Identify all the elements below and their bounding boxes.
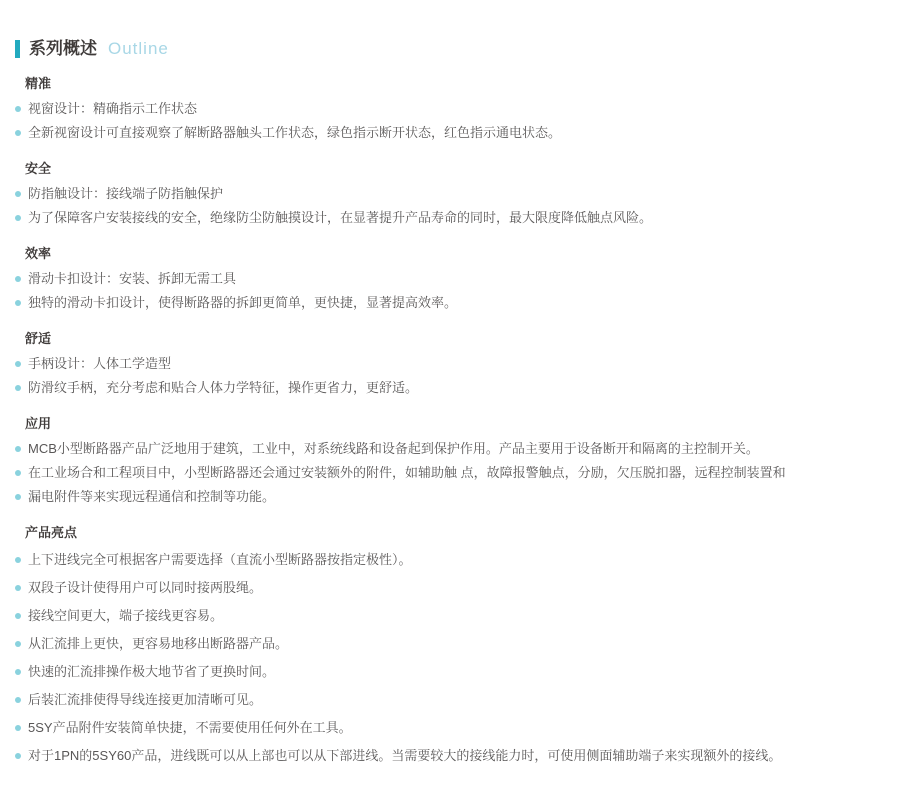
outline-content: 精准视窗设计：精确指示工作状态全新视窗设计可直接观察了解断路器触头工作状态，绿色… — [0, 60, 900, 800]
bullet-dot-icon — [15, 300, 21, 306]
bullet-list: 上下进线完全可根据客户需要选择（直流小型断路器按指定极性）。双段子设计使得用户可… — [0, 546, 900, 770]
bullet-text: 手柄设计：人体工学造型 — [28, 356, 171, 371]
bullet-dot-icon — [15, 276, 21, 282]
bullet-dot-icon — [15, 191, 21, 197]
bullet-item: 漏电附件等来实现远程通信和控制等功能。 — [0, 485, 900, 509]
bullet-list: 防指触设计：接线端子防指触保护为了保障客户安装接线的安全，绝缘防尘防触摸设计，在… — [0, 182, 900, 230]
bullet-item: 为了保障客户安装接线的安全，绝缘防尘防触摸设计，在显著提升产品寿命的同时，最大限… — [0, 206, 900, 230]
bullet-dot-icon — [15, 494, 21, 500]
section-heading: 安全 — [0, 145, 900, 182]
bullet-item: 独特的滑动卡扣设计，使得断路器的拆卸更简单，更快捷，显著提高效率。 — [0, 291, 900, 315]
bullet-dot-icon — [15, 753, 21, 759]
bullet-item: 双段子设计使得用户可以同时接两股绳。 — [0, 574, 900, 602]
bullet-dot-icon — [15, 215, 21, 221]
bullet-text: 对于1PN的5SY60产品，进线既可以从上部也可以从下部进线。当需要较大的接线能… — [28, 748, 781, 763]
bullet-item: 全新视窗设计可直接观察了解断路器触头工作状态，绿色指示断开状态，红色指示通电状态… — [0, 121, 900, 145]
section-5: 应用MCB小型断路器产品广泛地用于建筑，工业中，对系统线路和设备起到保护作用。产… — [0, 400, 900, 509]
bullet-item: MCB小型断路器产品广泛地用于建筑，工业中，对系统线路和设备起到保护作用。产品主… — [0, 437, 900, 461]
page-title: 系列概述 — [29, 38, 97, 60]
bullet-text: 为了保障客户安装接线的安全，绝缘防尘防触摸设计，在显著提升产品寿命的同时，最大限… — [28, 210, 652, 225]
bullet-dot-icon — [15, 669, 21, 675]
bullet-dot-icon — [15, 130, 21, 136]
bullet-item: 后装汇流排使得导线连接更加清晰可见。 — [0, 686, 900, 714]
section-4: 舒适手柄设计：人体工学造型防滑纹手柄，充分考虑和贴合人体力学特征，操作更省力，更… — [0, 315, 900, 400]
section-1: 精准视窗设计：精确指示工作状态全新视窗设计可直接观察了解断路器触头工作状态，绿色… — [0, 60, 900, 145]
bullet-text: 接线空间更大，端子接线更容易。 — [28, 608, 223, 623]
bullet-dot-icon — [15, 106, 21, 112]
bullet-item: 手柄设计：人体工学造型 — [0, 352, 900, 376]
section-heading: 精准 — [0, 60, 900, 97]
bullet-dot-icon — [15, 725, 21, 731]
bullet-text: 独特的滑动卡扣设计，使得断路器的拆卸更简单，更快捷，显著提高效率。 — [28, 295, 457, 310]
page-header: 系列概述 Outline — [0, 38, 900, 60]
bullet-text: 后装汇流排使得导线连接更加清晰可见。 — [28, 692, 262, 707]
bullet-dot-icon — [15, 470, 21, 476]
section-2: 安全防指触设计：接线端子防指触保护为了保障客户安装接线的安全，绝缘防尘防触摸设计… — [0, 145, 900, 230]
bullet-item: 5SY产品附件安装简单快捷，不需要使用任何外在工具。 — [0, 714, 900, 742]
bullet-text: MCB小型断路器产品广泛地用于建筑，工业中，对系统线路和设备起到保护作用。产品主… — [28, 441, 759, 456]
bullet-item: 上下进线完全可根据客户需要选择（直流小型断路器按指定极性）。 — [0, 546, 900, 574]
bullet-text: 漏电附件等来实现远程通信和控制等功能。 — [28, 489, 275, 504]
bullet-list: 视窗设计：精确指示工作状态全新视窗设计可直接观察了解断路器触头工作状态，绿色指示… — [0, 97, 900, 145]
bullet-list: 手柄设计：人体工学造型防滑纹手柄，充分考虑和贴合人体力学特征，操作更省力，更舒适… — [0, 352, 900, 400]
section-3: 效率滑动卡扣设计：安装、拆卸无需工具独特的滑动卡扣设计，使得断路器的拆卸更简单，… — [0, 230, 900, 315]
bullet-text: 滑动卡扣设计：安装、拆卸无需工具 — [28, 271, 236, 286]
bullet-item: 在工业场合和工程项目中，小型断路器还会通过安装额外的附件，如辅助触 点，故障报警… — [0, 461, 900, 485]
bullet-text: 双段子设计使得用户可以同时接两股绳。 — [28, 580, 262, 595]
bullet-item: 防指触设计：接线端子防指触保护 — [0, 182, 900, 206]
section-heading: 舒适 — [0, 315, 900, 352]
bullet-dot-icon — [15, 385, 21, 391]
bullet-text: 在工业场合和工程项目中，小型断路器还会通过安装额外的附件，如辅助触 点，故障报警… — [28, 465, 786, 480]
bullet-item: 从汇流排上更快，更容易地移出断路器产品。 — [0, 630, 900, 658]
bullet-dot-icon — [15, 697, 21, 703]
bullet-item: 接线空间更大，端子接线更容易。 — [0, 602, 900, 630]
bullet-dot-icon — [15, 361, 21, 367]
bullet-text: 全新视窗设计可直接观察了解断路器触头工作状态，绿色指示断开状态，红色指示通电状态… — [28, 125, 561, 140]
bullet-text: 防指触设计：接线端子防指触保护 — [28, 186, 223, 201]
bullet-item: 快速的汇流排操作极大地节省了更换时间。 — [0, 658, 900, 686]
section-heading: 效率 — [0, 230, 900, 267]
bullet-list: 滑动卡扣设计：安装、拆卸无需工具独特的滑动卡扣设计，使得断路器的拆卸更简单，更快… — [0, 267, 900, 315]
bullet-text: 防滑纹手柄，充分考虑和贴合人体力学特征，操作更省力，更舒适。 — [28, 380, 418, 395]
bullet-dot-icon — [15, 641, 21, 647]
bullet-dot-icon — [15, 446, 21, 452]
accent-bar-icon — [15, 40, 20, 58]
bullet-list: MCB小型断路器产品广泛地用于建筑，工业中，对系统线路和设备起到保护作用。产品主… — [0, 437, 900, 509]
bullet-dot-icon — [15, 613, 21, 619]
bullet-dot-icon — [15, 585, 21, 591]
bullet-dot-icon — [15, 557, 21, 563]
bullet-item: 防滑纹手柄，充分考虑和贴合人体力学特征，操作更省力，更舒适。 — [0, 376, 900, 400]
section-heading: 产品亮点 — [0, 509, 900, 546]
bullet-text: 上下进线完全可根据客户需要选择（直流小型断路器按指定极性）。 — [28, 552, 412, 567]
bullet-text: 从汇流排上更快，更容易地移出断路器产品。 — [28, 636, 288, 651]
section-6: 产品亮点上下进线完全可根据客户需要选择（直流小型断路器按指定极性）。双段子设计使… — [0, 509, 900, 770]
bullet-item: 视窗设计：精确指示工作状态 — [0, 97, 900, 121]
section-heading: 应用 — [0, 400, 900, 437]
page-subtitle: Outline — [108, 38, 169, 60]
outline-page: 系列概述 Outline 精准视窗设计：精确指示工作状态全新视窗设计可直接观察了… — [0, 0, 900, 800]
bullet-item: 对于1PN的5SY60产品，进线既可以从上部也可以从下部进线。当需要较大的接线能… — [0, 742, 900, 770]
bullet-text: 视窗设计：精确指示工作状态 — [28, 101, 197, 116]
bullet-text: 5SY产品附件安装简单快捷，不需要使用任何外在工具。 — [28, 720, 352, 735]
bullet-text: 快速的汇流排操作极大地节省了更换时间。 — [28, 664, 275, 679]
bullet-item: 滑动卡扣设计：安装、拆卸无需工具 — [0, 267, 900, 291]
